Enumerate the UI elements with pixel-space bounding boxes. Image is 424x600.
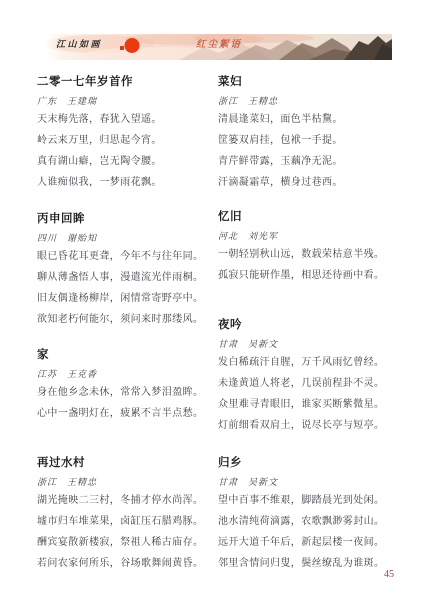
poem-line: 眼已昏花耳更聋，今年不与往年同。 (37, 252, 219, 262)
poem-line: 天末梅先落，春犹入望遥。 (37, 115, 219, 125)
poem-line: 真有湖山癖，岂无陶令腰。 (37, 157, 219, 167)
poem-title: 夜吟 (218, 320, 400, 332)
red-sun-icon (125, 38, 140, 53)
poem-line: 望中百事不维艰，脚踏晨光到处闲。 (218, 496, 400, 506)
poem-title: 忆旧 (218, 212, 400, 224)
header-banner: 江山如画 红尘絮语 (44, 34, 392, 60)
poem-line: 人谁痴似我，一梦雨花飘。 (37, 178, 219, 188)
poem-author: 广东 王建瑞 (37, 97, 219, 106)
poem-left-4: 再过水村 浙江 王精忠 湖光掩映二三村，冬捕才停水尚浑。 墟市归车堆菜果，卤缸压… (37, 458, 219, 580)
poem-line: 身在他乡念未休，常常入梦泪盈眸。 (37, 388, 219, 398)
poem-title: 归乡 (218, 458, 400, 470)
banner-inscription-center: 红尘絮语 (196, 41, 242, 51)
poem-author: 浙江 王精忠 (218, 97, 400, 106)
poem-author: 四川 谢贻知 (37, 234, 219, 243)
seal-stamp-icon (120, 46, 124, 50)
poem-author: 甘肃 吴新文 (218, 478, 400, 487)
poem-author: 河北 刘光军 (218, 232, 400, 241)
poem-line: 欲知老朽何能尔，须问来时那缕风。 (37, 315, 219, 325)
poem-line: 一朝轻别秋山远，数载荣枯意半残。 (218, 250, 400, 260)
poem-line: 青芹鲜带露，玉藕净无泥。 (218, 157, 400, 167)
page-number: 45 (384, 570, 394, 580)
poem-line: 旧友偶逢杨柳岸，闲情常寄野亭中。 (37, 294, 219, 304)
banner-inscription-left: 江山如画 (56, 40, 102, 49)
poem-line: 若问农家何所乐，谷场歌舞闹黄昏。 (37, 559, 219, 569)
poem-left-2: 丙申回眸 四川 谢贻知 眼已昏花耳更聋，今年不与往年同。 聊从薄盏悟人事，漫遣流… (37, 214, 219, 336)
poem-line: 孤寂只能研作墨，相思还待画中看。 (218, 271, 400, 281)
poem-line: 未逢黄道人将老，几误前程卦不灵。 (218, 379, 400, 389)
poem-title: 二零一七年岁首作 (37, 77, 219, 89)
poem-right-1: 菜妇 浙江 王精忠 清晨逢菜妇，面色半枯黧。 筐篓双肩挂，包袱一手提。 青芹鲜带… (218, 77, 400, 199)
poem-author: 浙江 王精忠 (37, 478, 219, 487)
poem-line: 远开大道千年后，新起层楼一夜间。 (218, 538, 400, 548)
poem-left-1: 二零一七年岁首作 广东 王建瑞 天末梅先落，春犹入望遥。 岭云来万里，归思起今宵… (37, 77, 219, 199)
poem-line: 心中一盏明灯在，疲累不言半点愁。 (37, 409, 219, 419)
poem-author: 甘肃 吴新文 (218, 340, 400, 349)
poem-line: 筐篓双肩挂，包袱一手提。 (218, 136, 400, 146)
poem-line: 众里难寻青眼旧，谁家买断紫微星。 (218, 400, 400, 410)
poem-line: 汗滴凝霜草，横身过巷西。 (218, 178, 400, 188)
poem-line: 发白稀疏汗自腥，万千风雨忆曾经。 (218, 358, 400, 368)
poem-title: 丙申回眸 (37, 214, 219, 226)
poem-left-3: 家 江苏 王克香 身在他乡念未休，常常入梦泪盈眸。 心中一盏明灯在，疲累不言半点… (37, 350, 219, 430)
poem-line: 酬宾宴散新楼寂，祭祖人稀古庙存。 (37, 538, 219, 548)
poem-line: 池水清纯荷滴露，农歌飘渺雾封山。 (218, 517, 400, 527)
poem-right-4: 归乡 甘肃 吴新文 望中百事不维艰，脚踏晨光到处闲。 池水清纯荷滴露，农歌飘渺雾… (218, 458, 400, 580)
poem-line: 邻里含情问归叟，鬓丝缭乱为谁斑。 (218, 559, 400, 569)
poem-author: 江苏 王克香 (37, 370, 219, 379)
poem-line: 岭云来万里，归思起今宵。 (37, 136, 219, 146)
poem-right-3: 夜吟 甘肃 吴新文 发白稀疏汗自腥，万千风雨忆曾经。 未逢黄道人将老，几误前程卦… (218, 320, 400, 442)
poem-line: 墟市归车堆菜果，卤缸压石腊鸡豚。 (37, 517, 219, 527)
poem-line: 清晨逢菜妇，面色半枯黧。 (218, 115, 400, 125)
poem-line: 聊从薄盏悟人事，漫遣流光伴雨桐。 (37, 273, 219, 283)
poem-right-2: 忆旧 河北 刘光军 一朝轻别秋山远，数载荣枯意半残。 孤寂只能研作墨，相思还待画… (218, 212, 400, 292)
poem-line: 湖光掩映二三村，冬捕才停水尚浑。 (37, 496, 219, 506)
poem-line: 灯前细看双肩土，说尽长亭与短亭。 (218, 421, 400, 431)
poem-title: 家 (37, 350, 219, 362)
poem-title: 菜妇 (218, 77, 400, 89)
poem-title: 再过水村 (37, 458, 219, 470)
